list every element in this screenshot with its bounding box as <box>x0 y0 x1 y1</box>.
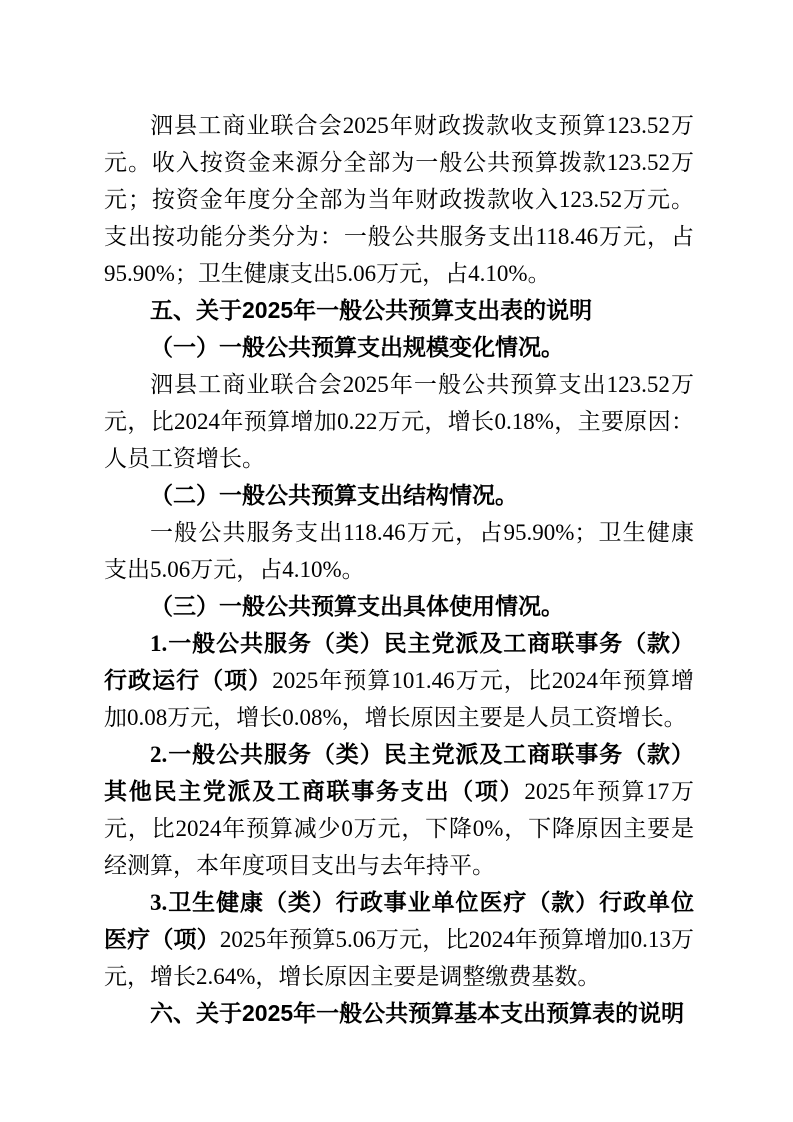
document-page: 泗县工商业联合会2025年财政拨款收支预算123.52万元。收入按资金来源分全部… <box>0 0 793 1122</box>
paragraph-expenditure-scale-change: 泗县工商业联合会2025年一般公共预算支出123.52万元，比2024年预算增加… <box>104 366 694 477</box>
paragraph-item-2: 2.一般公共服务（类）民主党派及工商联事务（款）其他民主党派及工商联事务支出（项… <box>104 736 694 884</box>
document-content: 泗县工商业联合会2025年财政拨款收支预算123.52万元。收入按资金来源分全部… <box>104 107 694 1032</box>
section-heading-six: 六、关于2025年一般公共预算基本支出预算表的说明 <box>104 995 694 1032</box>
subsection-heading-three: （三）一般公共预算支出具体使用情况。 <box>104 588 694 625</box>
paragraph-item-3: 3.卫生健康（类）行政事业单位医疗（款）行政单位医疗（项）2025年预算5.06… <box>104 884 694 995</box>
paragraph-fiscal-allocation-summary: 泗县工商业联合会2025年财政拨款收支预算123.52万元。收入按资金来源分全部… <box>104 107 694 292</box>
section-heading-five: 五、关于2025年一般公共预算支出表的说明 <box>104 292 694 329</box>
paragraph-item-1: 1.一般公共服务（类）民主党派及工商联事务（款）行政运行（项）2025年预算10… <box>104 625 694 736</box>
subsection-heading-one: （一）一般公共预算支出规模变化情况。 <box>104 329 694 366</box>
subsection-heading-two: （二）一般公共预算支出结构情况。 <box>104 477 694 514</box>
paragraph-expenditure-structure: 一般公共服务支出118.46万元，占95.90%；卫生健康支出5.06万元，占4… <box>104 514 694 588</box>
